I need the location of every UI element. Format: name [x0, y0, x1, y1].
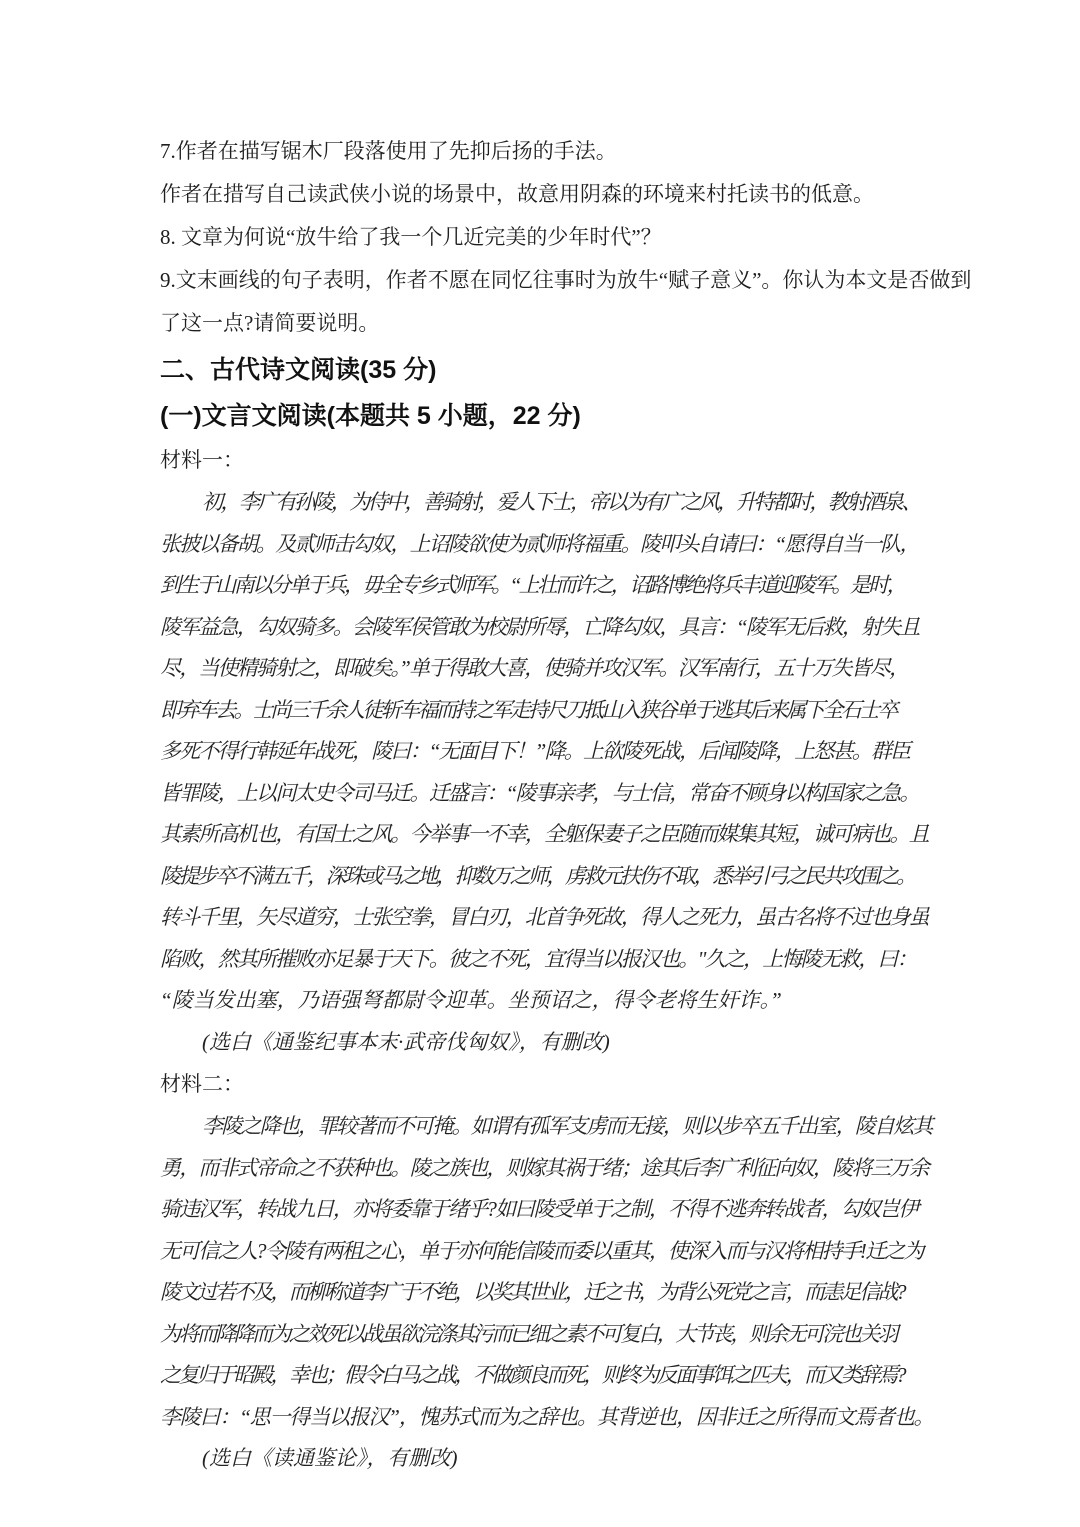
material2-line-6: 为将而降降而为之效死以战虽欲浣涤其污而已细之素不可复白，大节丧，则余无可浣也关羽 — [160, 1314, 922, 1356]
section-heading: 二、古代诗文阅读(35 分) — [160, 347, 922, 394]
material1-line-2: 张披以备胡。及贰师击勾奴，上诏陵欲使为贰师将福重。陵叩头自请曰：“愿得自当一队， — [160, 524, 922, 566]
material1-line-9: 其素所高机也，有国士之风。今举事一不幸，全躯保妻子之臣随而媒集其短，诚可病也。且 — [160, 814, 922, 856]
material1-line-4: 陵军益急，勾奴骑多。会陵军侯管敢为校尉所辱，亡降勾奴，具言：“陵军无后救，射失且 — [160, 607, 922, 649]
question-8: 8. 文章为何说“放牛给了我一个几近完美的少年时代”？ — [160, 216, 922, 259]
material1-line-3: 到生于山南以分单于兵，毋全专乡式师军。“上壮而许之，诏路博绝将兵丰道迎陵军。是时… — [160, 565, 922, 607]
material2-label: 材料二： — [160, 1063, 922, 1106]
material1-line-7: 多死不得行韩延年战死，陵曰：“无面目下！”降。上欲陵死战，后闻陵降，上怒甚。群臣 — [160, 731, 922, 773]
material1-line-1: 初，李广有孙陵，为侍中，善骑射，爱人下士，帝以为有广之风，升特都时，教射酒泉、 — [160, 482, 922, 524]
material2-line-5: 陵文过若不及，而柳称道李广于不绝，以奖其世业，迁之书，为背公死党之言，而恚足信战… — [160, 1272, 922, 1314]
question-9-line-2: 了这一点?请简要说明。 — [160, 302, 922, 345]
material2-line-4: 无可信之人?令陵有两租之心，单于亦何能信陵而委以重其，使深入而与汉将相持手!迁之… — [160, 1231, 922, 1273]
material2-line-7: 之复归于昭殿，幸也；假令白马之战，不做颜良而死，则终为反面事饵之匹夫，而又类辞焉… — [160, 1355, 922, 1397]
material1-label: 材料一： — [160, 439, 922, 482]
material2-line-3: 骑违汉军，转战九日，亦将委靠于绪乎?如曰陵受单于之制，不得不逃奔转战者，勾奴岂伊 — [160, 1189, 922, 1231]
material2-line-1: 李陵之降也，罪较著而不可掩。如谓有孤军支虏而无接，则以步卒五千出室，陵自炫其 — [160, 1106, 922, 1148]
exam-page-body: 7.作者在描写锯木厂段落使用了先抑后扬的手法。 作者在措写自己读武侠小说的场景中… — [160, 130, 922, 1480]
material1-line-5: 尽，当使精骑射之，即破矣。”单于得敢大喜，使骑并攻汉军。汉军南行，五十万失皆尽， — [160, 648, 922, 690]
material1-line-10: 陵提步卒不满五千，深珠或马之地，抑数万之师，虏救元扶伤不取，悉举引弓之民共攻围之… — [160, 856, 922, 898]
material1-line-11: 转斗千里，矢尽道穷，士张空拳，冒白刃，北首争死故，得人之死力，虽古名将不过也身虽 — [160, 897, 922, 939]
material1-line-6: 即弃车去。士尚三千余人徒斩车福而持之军走持尺刀抵山入狭谷单于逃其后来属下全石士卒 — [160, 690, 922, 732]
question-7-line-1: 7.作者在描写锯木厂段落使用了先抑后扬的手法。 — [160, 130, 922, 173]
material2-line-8: 李陵曰：“思一得当以报汉”，愧苏式而为之辞也。其背逆也，因非迁之所得而文焉者也。 — [160, 1397, 922, 1439]
material1-line-13: “陵当发出塞，乃语强弩都尉令迎革。坐预诏之，得令老将生奸诈。” — [160, 980, 922, 1022]
material2-citation: (选白《读通鉴论》，有删改) — [160, 1438, 922, 1480]
question-7-line-2: 作者在措写自己读武侠小说的场景中，故意用阴森的环境来村托读书的低意。 — [160, 173, 922, 216]
page: { "page": { "background": "#ffffff", "te… — [0, 0, 1080, 1527]
material1-line-8: 皆罪陵，上以问太史令司马迁。迁盛言：“陵事亲孝，与士信，常奋不顾身以构国家之急。 — [160, 773, 922, 815]
material1-line-12: 陷败，然其所摧败亦足暴于天下。彼之不死，宜得当以报汉也。"久之，上悔陵无救，曰： — [160, 939, 922, 981]
material1-citation: (选白《通鉴纪事本末·武帝伐匈奴》，有删改) — [160, 1022, 922, 1064]
question-9-line-1: 9.文末画线的句子表明，作者不愿在同忆往事时为放牛“赋子意义”。你认为本文是否做… — [160, 259, 922, 302]
section-subheading: (一)文言文阅读(本题共 5 小题，22 分) — [160, 394, 922, 439]
material2-line-2: 勇，而非式帝命之不获种也。陵之族也，则嫁其祸于绪；途其后李广利征向奴，陵将三万余 — [160, 1148, 922, 1190]
